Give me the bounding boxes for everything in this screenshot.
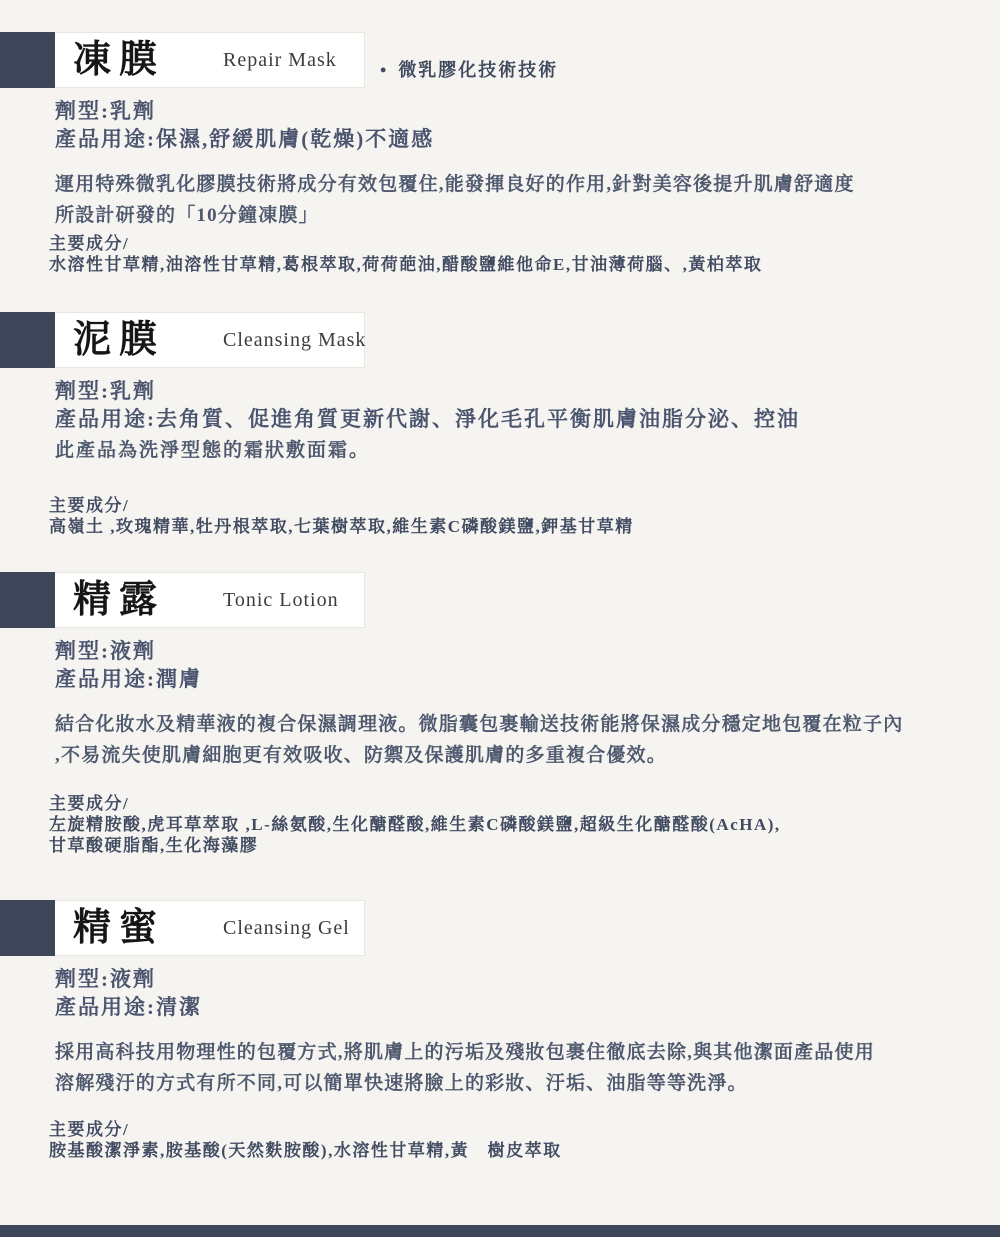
section-title: 精露 [73,573,165,627]
section-title: 泥膜 [73,313,165,367]
ingredients-label: 主要成分/ [49,1119,970,1140]
section-header: 精露 Tonic Lotion [0,572,1000,628]
section-header: 凍膜 Repair Mask •微乳膠化技術技術 [0,32,1000,88]
section-tonic-lotion: 精露 Tonic Lotion 劑型:液劑 產品用途:潤膚 結合化妝水及精華液的… [0,572,1000,856]
section-title: 精蜜 [73,901,165,955]
ingredients-text: 水溶性甘草精,油溶性甘草精,葛根萃取,荷荷葩油,醋酸鹽維他命E,甘油薄荷腦、,黃… [49,254,970,275]
ingredients-block: 主要成分/ 左旋精胺酸,虎耳草萃取 ,L-絲氨酸,生化醣醛酸,維生素C磷酸鎂鹽,… [49,793,970,856]
section-header: 泥膜 Cleansing Mask [0,312,1000,368]
section-header: 精蜜 Cleansing Gel [0,900,1000,956]
ingredients-label: 主要成分/ [49,495,970,516]
product-description: 結合化妝水及精華液的複合保濕調理液。微脂囊包裹輸送技術能將保濕成分穩定地包覆在粒… [55,709,970,771]
ingredients-block: 主要成分/ 高嶺土 ,玫瑰精華,牡丹根萃取,七葉樹萃取,維生素C磷酸鎂鹽,鉀基甘… [49,495,970,537]
section-subtitle-en: Repair Mask [223,49,337,72]
section-cleansing-mask: 泥膜 Cleansing Mask 劑型:乳劑 產品用途:去角質、促進角質更新代… [0,312,1000,537]
section-subtitle-en: Cleansing Mask [223,329,366,352]
section-body: 劑型:乳劑 產品用途:去角質、促進角質更新代謝、淨化毛孔平衡肌膚油脂分泌、控油 … [0,377,1000,537]
bullet-icon: • [380,60,388,80]
section-body: 劑型:液劑 產品用途:清潔 採用高科技用物理性的包覆方式,將肌膚上的污垢及殘妝包… [0,965,1000,1161]
ingredients-block: 主要成分/ 胺基酸潔淨素,胺基酸(天然麩胺酸),水溶性甘草精,黃 樹皮萃取 [49,1119,970,1161]
section-subtitle-en: Cleansing Gel [223,917,350,940]
header-accent-bar [0,900,55,956]
header-accent-bar [0,32,55,88]
feature-bullet-line: •微乳膠化技術技術 [380,56,558,82]
section-cleansing-gel: 精蜜 Cleansing Gel 劑型:液劑 產品用途:清潔 採用高科技用物理性… [0,900,1000,1161]
section-repair-mask: 凍膜 Repair Mask •微乳膠化技術技術 劑型:乳劑 產品用途:保濕,舒… [0,32,1000,275]
form-line: 劑型:液劑 [55,965,970,993]
ingredients-block: 主要成分/ 水溶性甘草精,油溶性甘草精,葛根萃取,荷荷葩油,醋酸鹽維他命E,甘油… [49,233,970,275]
product-description: 採用高科技用物理性的包覆方式,將肌膚上的污垢及殘妝包裹住徹底去除,與其他潔面產品… [55,1037,970,1099]
ingredients-text: 左旋精胺酸,虎耳草萃取 ,L-絲氨酸,生化醣醛酸,維生素C磷酸鎂鹽,超級生化醣醛… [49,814,970,856]
product-note: 此產品為洗淨型態的霜狀敷面霜。 [55,437,970,465]
product-info-page: 凍膜 Repair Mask •微乳膠化技術技術 劑型:乳劑 產品用途:保濕,舒… [0,0,1000,1237]
usage-line: 產品用途:清潔 [55,993,970,1021]
usage-line: 產品用途:保濕,舒緩肌膚(乾燥)不適感 [55,125,970,153]
form-line: 劑型:乳劑 [55,97,970,125]
ingredients-label: 主要成分/ [49,793,970,814]
header-accent-bar [0,312,55,368]
form-line: 劑型:乳劑 [55,377,970,405]
section-body: 劑型:液劑 產品用途:潤膚 結合化妝水及精華液的複合保濕調理液。微脂囊包裹輸送技… [0,637,1000,856]
footer-accent-bar [0,1225,1000,1237]
section-title: 凍膜 [73,33,165,87]
usage-line: 產品用途:潤膚 [55,665,970,693]
ingredients-label: 主要成分/ [49,233,970,254]
feature-text: 微乳膠化技術技術 [398,60,558,80]
section-subtitle-en: Tonic Lotion [223,589,339,612]
header-accent-bar [0,572,55,628]
ingredients-text: 高嶺土 ,玫瑰精華,牡丹根萃取,七葉樹萃取,維生素C磷酸鎂鹽,鉀基甘草精 [49,516,970,537]
ingredients-text: 胺基酸潔淨素,胺基酸(天然麩胺酸),水溶性甘草精,黃 樹皮萃取 [49,1140,970,1161]
section-body: 劑型:乳劑 產品用途:保濕,舒緩肌膚(乾燥)不適感 運用特殊微乳化膠膜技術將成分… [0,97,1000,275]
product-description: 運用特殊微乳化膠膜技術將成分有效包覆住,能發揮良好的作用,針對美容後提升肌膚舒適… [55,169,970,231]
usage-line: 產品用途:去角質、促進角質更新代謝、淨化毛孔平衡肌膚油脂分泌、控油 [55,405,970,433]
form-line: 劑型:液劑 [55,637,970,665]
